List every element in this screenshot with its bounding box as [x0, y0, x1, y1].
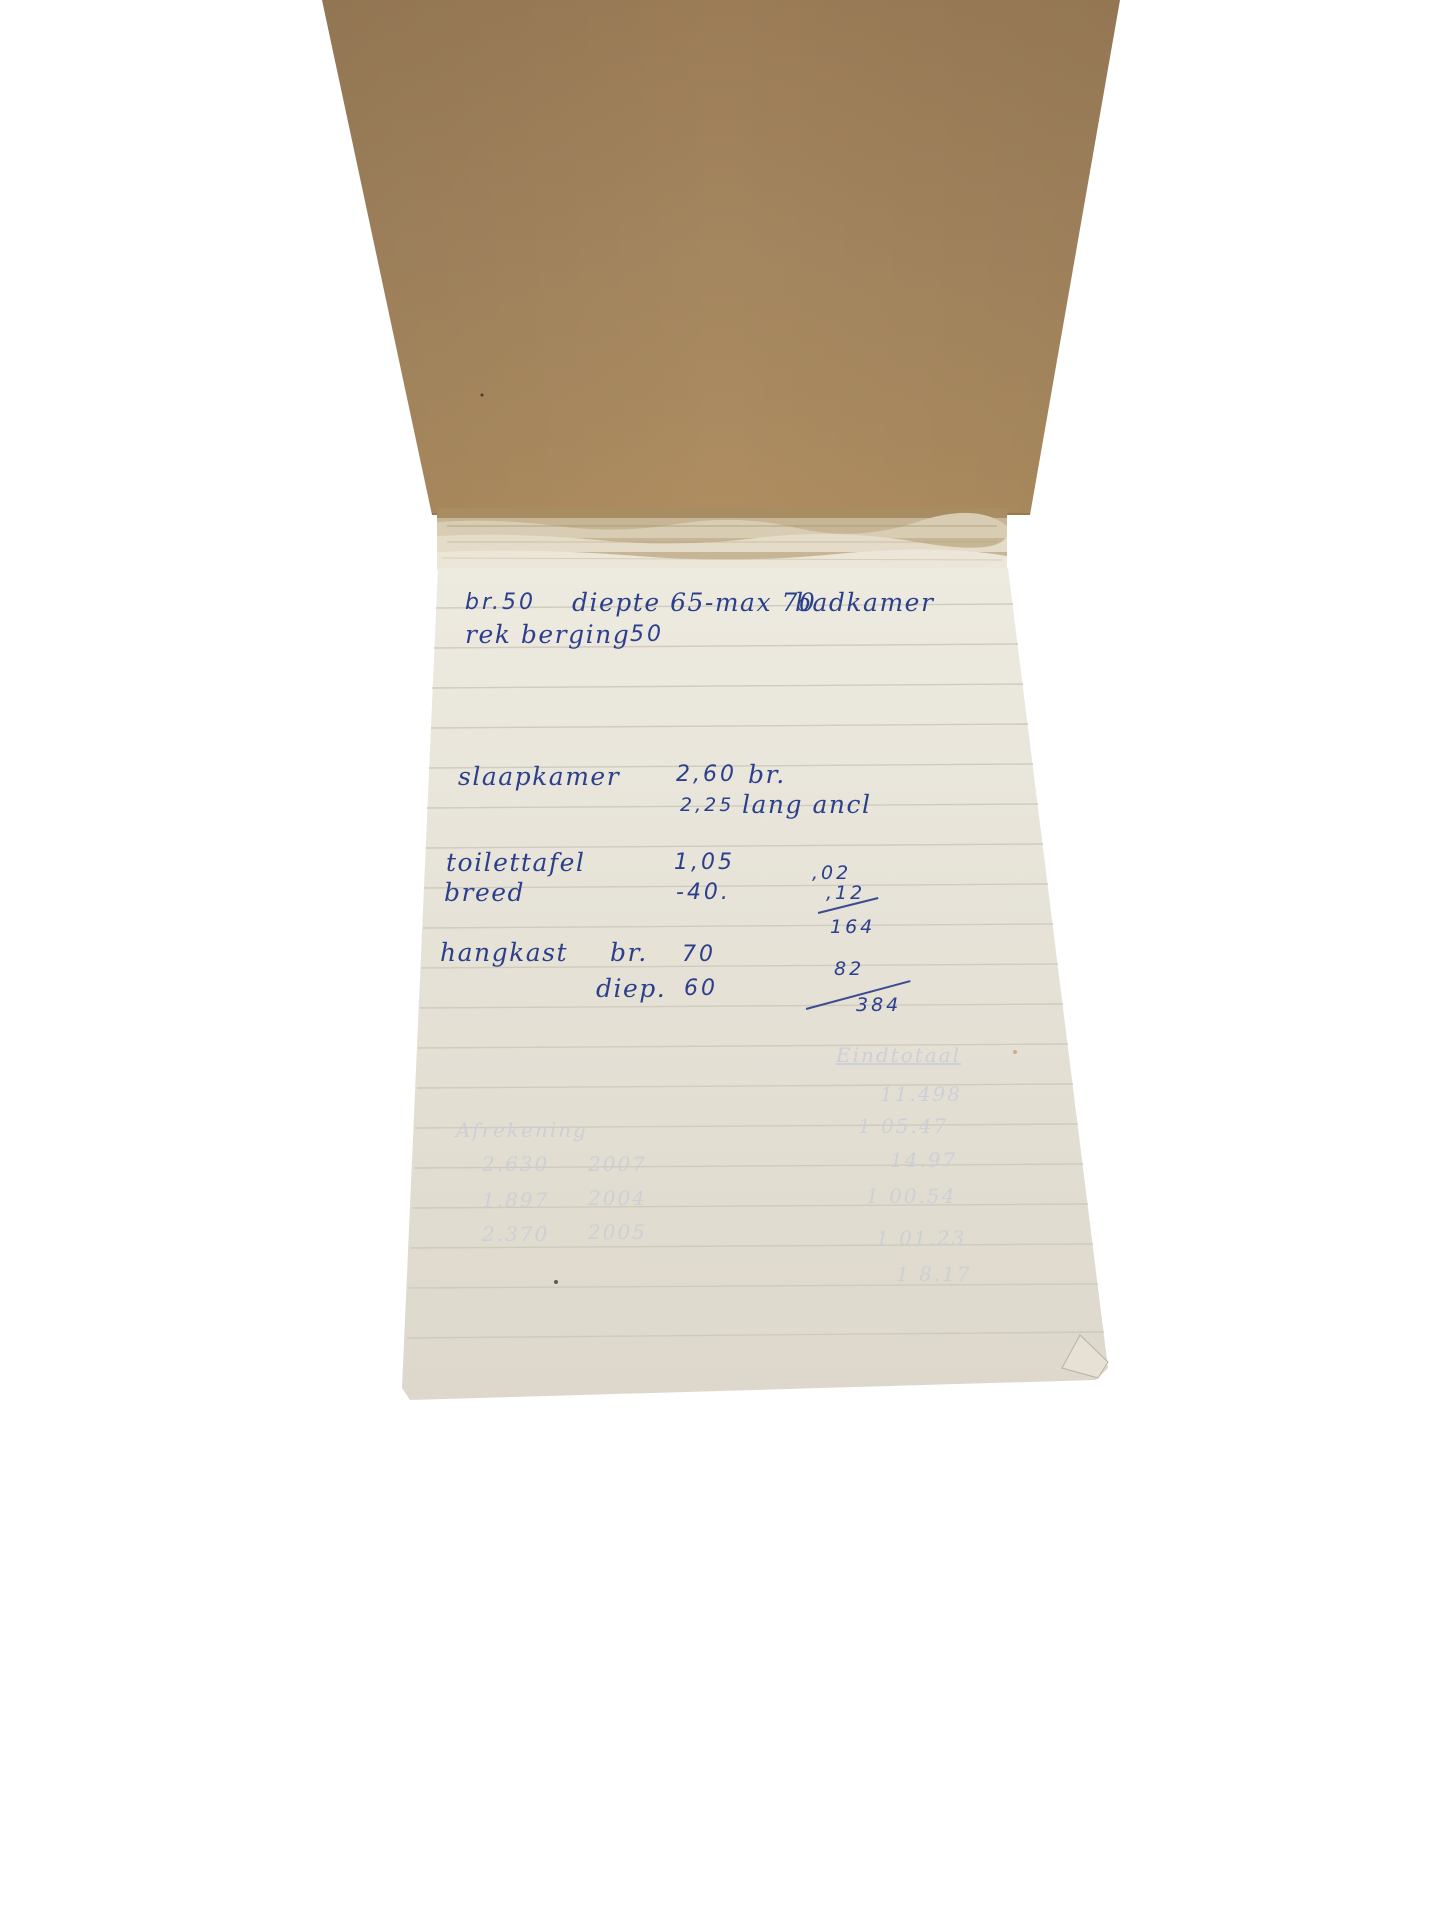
note-wardrobe-depth: 60: [684, 976, 718, 1001]
ghost-right-5: 1 8.17: [896, 1262, 972, 1286]
note-storage-value: 50: [630, 622, 664, 647]
ghost-right-0: 11.498: [880, 1082, 962, 1106]
ghost-heading-right: Eindtotaal: [836, 1043, 961, 1067]
calc-line-3: 82: [834, 958, 864, 980]
ghost-left-0: 2.630: [482, 1152, 549, 1176]
notebook-cover: [0, 0, 1440, 540]
note-width-value: br.50: [465, 590, 536, 615]
note-bathroom: badkamer: [795, 588, 934, 617]
ghost-right-4: 1 01.23: [876, 1226, 966, 1250]
calc-line-4: 384: [856, 994, 901, 1016]
note-wardrobe-label: hangkast: [440, 938, 568, 967]
ghost-mid-1: 2004: [588, 1186, 647, 1210]
note-wardrobe-depth-unit: diep.: [596, 974, 666, 1003]
ghost-right-1: 1 05.47: [858, 1114, 948, 1138]
ghost-mid-2: 2005: [588, 1220, 647, 1244]
ghost-left-1: 1.897: [482, 1188, 549, 1212]
ghost-right-3: 1 00.54: [866, 1184, 956, 1208]
binding-stubs: [437, 508, 1007, 570]
calc-line-0: ,02: [812, 862, 851, 884]
ghost-heading-left: Afrekening: [456, 1118, 588, 1142]
ghost-mid-0: 2007: [588, 1152, 647, 1176]
note-width-value-2: -40.: [676, 880, 731, 905]
note-wardrobe-width: 70: [682, 942, 716, 967]
note-bedroom-width: 2,60: [676, 762, 737, 787]
note-vanity-value: 1,05: [674, 850, 735, 875]
photo-scene: Eindtotaal Afrekening 2.630 1.897 2.370 …: [0, 0, 1440, 1920]
calc-line-2: 164: [830, 916, 875, 938]
note-storage-rack: rek berging: [465, 620, 630, 649]
note-vanity-label: toilettafel: [446, 848, 585, 877]
note-width-label: breed: [444, 878, 525, 907]
note-bedroom-length: 2,25: [680, 794, 734, 816]
ghost-right-2: 14.97: [890, 1148, 957, 1172]
ghost-left-2: 2.370: [482, 1222, 549, 1246]
note-depth: diepte 65-max 70: [572, 588, 816, 617]
note-bedroom-label: slaapkamer: [458, 762, 620, 791]
note-bedroom-width-unit: br.: [748, 760, 786, 789]
note-bedroom-length-unit: lang ancl: [742, 790, 871, 819]
note-wardrobe-width-unit: br.: [610, 938, 648, 967]
